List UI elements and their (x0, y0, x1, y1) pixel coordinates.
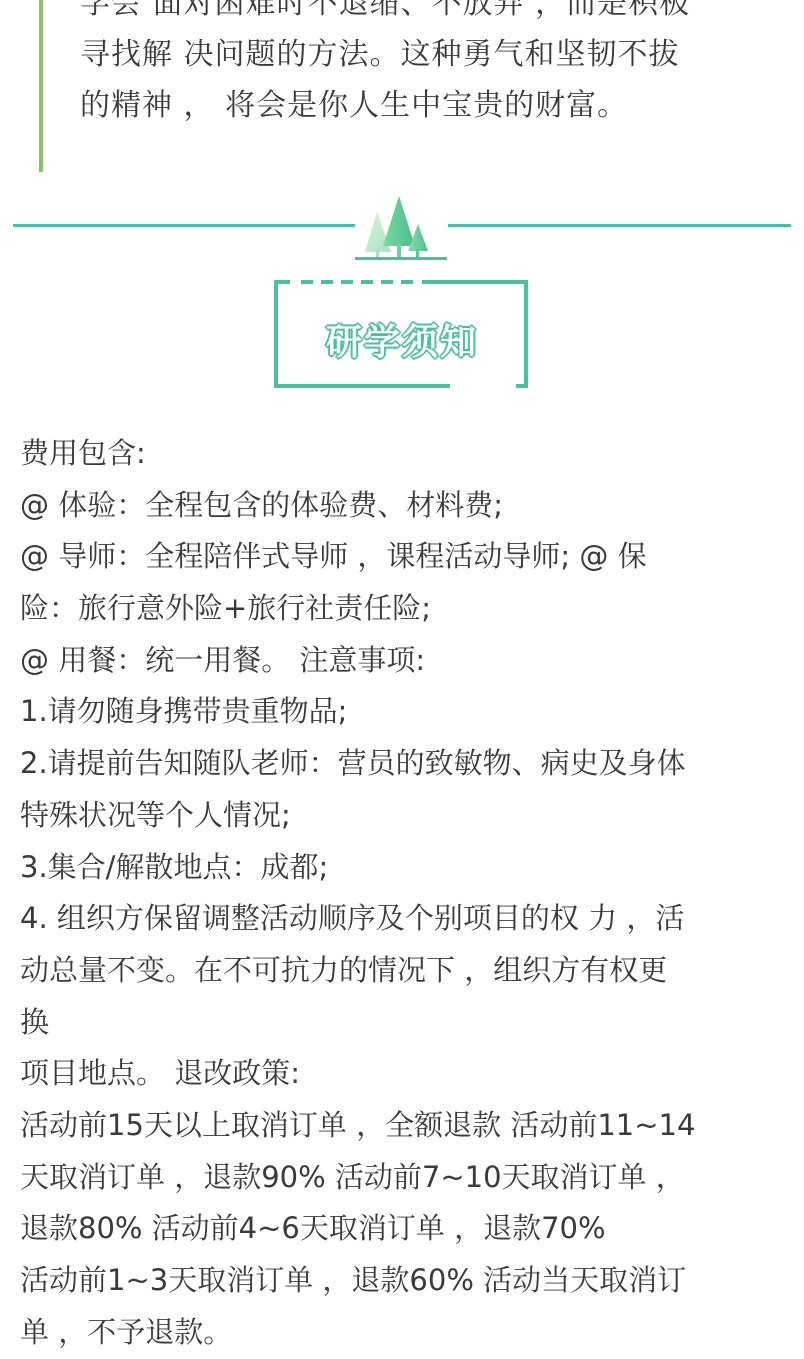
section-title: 研学须知 (274, 314, 530, 365)
divider-line-left (13, 224, 355, 227)
content-line: @ 导师：全程陪伴式导师 ，课程活动导师; @ 保 (20, 531, 800, 583)
content-line: 险：旅行意外险+旅行社责任险; (20, 583, 800, 635)
quote-block: 学会 面对困难时不退缩、不放弃 ，而是积极 寻找解 决问题的方法。这种勇气和坚韧… (0, 0, 804, 175)
content-line: 4. 组织方保留调整活动顺序及个别项目的权 力 ，活 (20, 893, 800, 945)
content-line: 3.集合/解散地点：成都; (20, 842, 800, 894)
divider-line-right (448, 224, 791, 227)
content-line: 单 ，不予退款。 (20, 1307, 800, 1359)
content-line: 活动前15天以上取消订单 ，全额退款 活动前11~14 (20, 1100, 800, 1152)
content-line: 退款80% 活动前4~6天取消订单 ，退款70% (20, 1203, 800, 1255)
quote-text: 学会 面对困难时不退缩、不放弃 ，而是积极 寻找解 决问题的方法。这种勇气和坚韧… (80, 0, 780, 131)
content-line: @ 体验：全程包含的体验费、材料费; (20, 480, 800, 532)
content-line: 2.请提前告知随队老师：营员的致敏物、病史及身体 (20, 738, 800, 790)
trees-icon (355, 190, 447, 262)
section-divider (0, 190, 804, 265)
quote-line: 学会 面对困难时不退缩、不放弃 ，而是积极 (80, 0, 780, 29)
content-line: @ 用餐：统一用餐。 注意事项: (20, 635, 800, 687)
content-line: 1.请勿随身携带贵重物品; (20, 686, 800, 738)
content-line: 换 (20, 997, 800, 1049)
content-line: 天取消订单 ，退款90% 活动前7~10天取消订单 ， (20, 1152, 800, 1204)
content-line: 动总量不变。在不可抗力的情况下 ，组织方有权更 (20, 945, 800, 997)
quote-bar (39, 0, 43, 172)
section-title-box: 研学须知 (274, 278, 530, 390)
notice-content: 费用包含: @ 体验：全程包含的体验费、材料费; @ 导师：全程陪伴式导师 ，课… (20, 428, 800, 1358)
content-line: 特殊状况等个人情况; (20, 790, 800, 842)
quote-line: 寻找解 决问题的方法。这种勇气和坚韧不拔 (80, 29, 780, 80)
content-line: 项目地点。 退改政策: (20, 1048, 800, 1100)
quote-line: 的精神 ， 将会是你人生中宝贵的财富。 (80, 80, 780, 131)
content-line: 活动前1~3天取消订单 ，退款60% 活动当天取消订 (20, 1255, 800, 1307)
fee-heading: 费用包含: (20, 428, 800, 480)
